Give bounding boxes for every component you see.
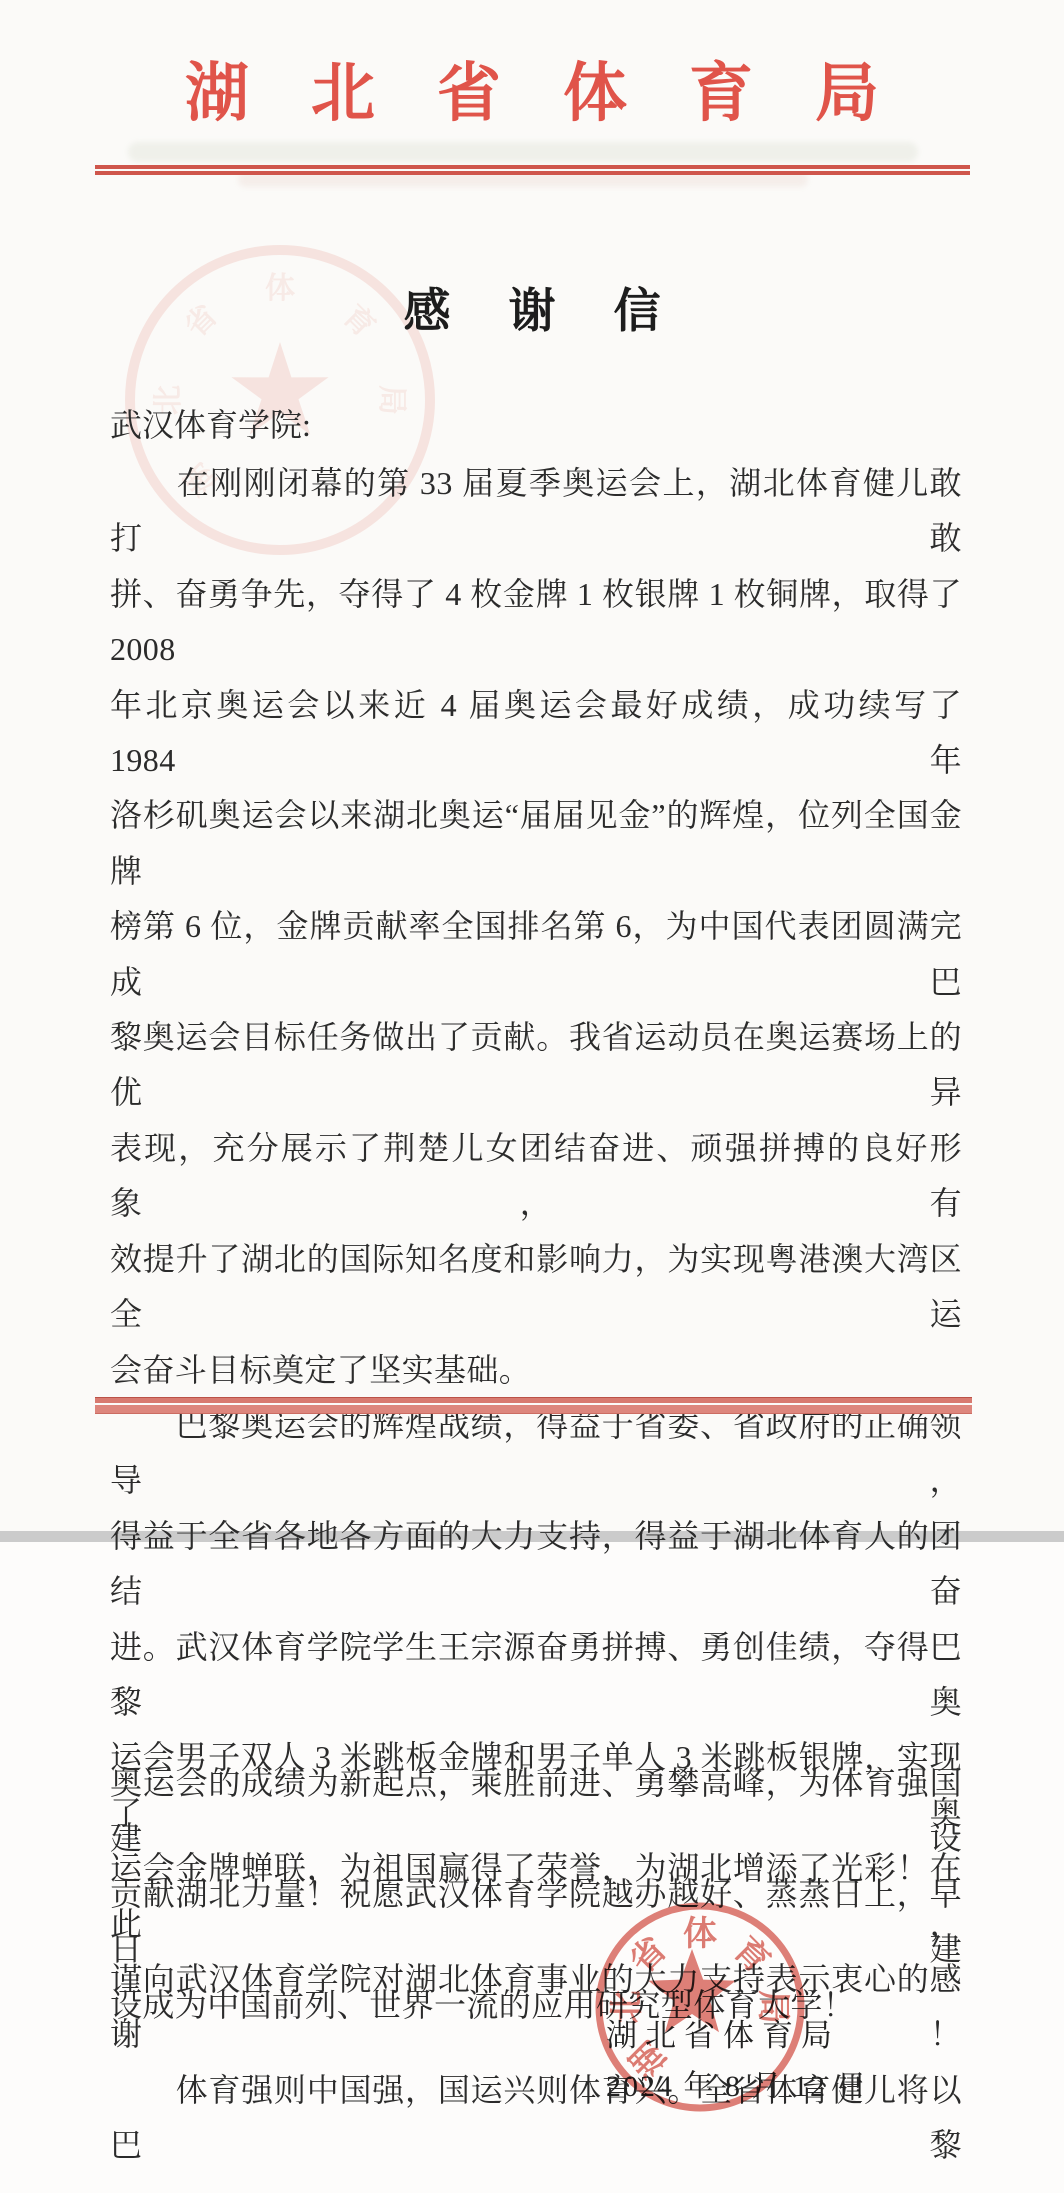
letter-title: 感谢信 xyxy=(0,282,1064,342)
body-line: 得益于全省各地各方面的大力支持，得益于湖北体育人的团结奋 xyxy=(110,1509,962,1620)
letterhead-org-title: 湖北省体育局 xyxy=(0,56,1064,132)
page2-body: 奥运会的成绩为新起点，乘胜前进、勇攀高峰，为体育强国建设贡献湖北力量！祝愿武汉体… xyxy=(110,1756,962,2033)
salutation: 武汉体育学院: xyxy=(110,404,970,446)
body-line: 拼、奋勇争先，夺得了 4 枚金牌 1 枚银牌 1 枚铜牌，取得了 2008 xyxy=(110,567,962,678)
letterhead-double-rule xyxy=(95,165,970,175)
body-line: 会奋斗目标奠定了坚实基础。 xyxy=(110,1343,962,1398)
body-line: 年北京奥运会以来近 4 届奥运会最好成绩，成功续写了 1984 年 xyxy=(110,678,962,789)
rule-bar xyxy=(95,171,970,175)
body-line: 在刚刚闭幕的第 33 届夏季奥运会上，湖北体育健儿敢打敢 xyxy=(110,456,962,567)
body-line: 榜第 6 位，金牌贡献率全国排名第 6，为中国代表团圆满完成巴 xyxy=(110,899,962,1010)
bleed-through-smudge xyxy=(128,142,918,162)
seal-char: 体 xyxy=(683,1915,717,1953)
body-line: 黎奥运会目标任务做出了贡献。我省运动员在奥运赛场上的优异 xyxy=(110,1010,962,1121)
body-line: 贡献湖北力量！祝愿武汉体育学院越办越好、蒸蒸日上，早日建 xyxy=(110,1867,962,1978)
body-line: 进。武汉体育学院学生王宗源奋勇拼搏、勇创佳绩，夺得巴黎奥 xyxy=(110,1620,962,1731)
seal-char: 北 xyxy=(609,1990,646,2024)
letterhead-org-name-text: 湖北省体育局 xyxy=(185,58,941,129)
body-line: 奥运会的成绩为新起点，乘胜前进、勇攀高峰，为体育强国建设 xyxy=(110,1756,962,1867)
body-line: 表现，充分展示了荆楚儿女团结奋进、顽强拼搏的良好形象，有 xyxy=(110,1121,962,1232)
seal-char: 局 xyxy=(754,1990,791,2024)
scanned-letter: 湖 北 省 体 育 局 湖北省体育局 感谢信 武汉体育学院: 在刚刚闭幕的第 3… xyxy=(0,0,1064,2193)
body-line: 巴黎奥运会的辉煌战绩，得益于省委、省政府的正确领导， xyxy=(110,1398,962,1509)
body-line: 效提升了湖北的国际知名度和影响力，为实现粤港澳大湾区全运 xyxy=(110,1232,962,1343)
official-seal: 湖 北 省 体 育 局 xyxy=(580,1887,820,2127)
body-line: 洛杉矶奥运会以来湖北奥运“届届见金”的辉煌，位列全国金牌 xyxy=(110,788,962,899)
letter-title-text: 感谢信 xyxy=(404,286,719,338)
rule-bar xyxy=(95,1405,972,1414)
page1-footer-rule xyxy=(95,1397,972,1414)
